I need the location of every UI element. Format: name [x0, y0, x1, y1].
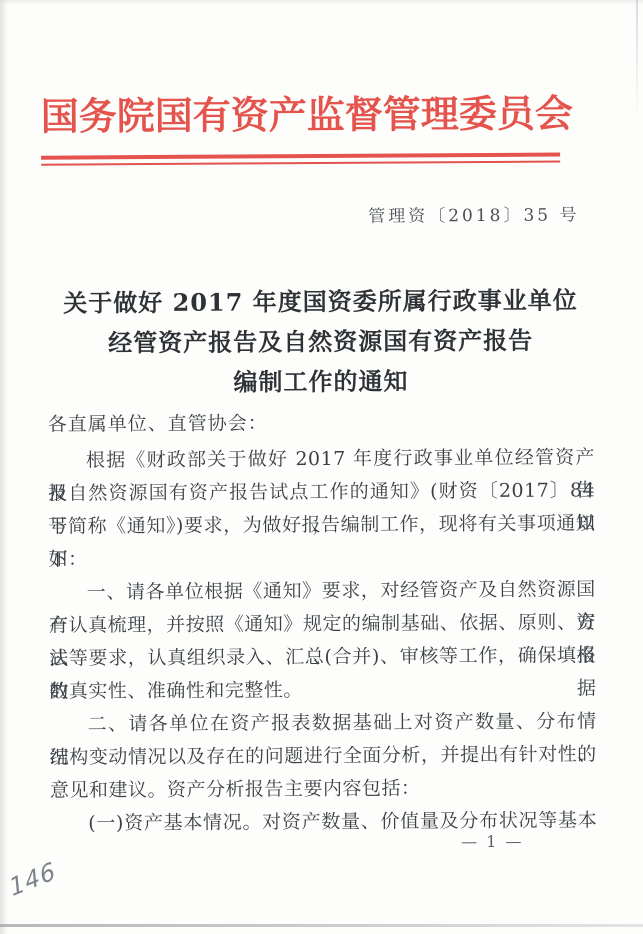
document-number: 管理资〔2018〕35 号 — [368, 200, 579, 226]
body-line: 式等要求，认真组织录入、汇总(合并)、审核等工作，确保填报数据 — [49, 639, 596, 675]
body-line: 根据《财政部关于做好 2017 年度行政事业单位经管资产报告 — [48, 441, 595, 477]
body-line: 二、请各单位在资产报表数据基础上对资产数量、分布情况、 — [49, 705, 596, 741]
body-line: 下： — [48, 540, 595, 576]
body-line: 及自然资源国有资产报告试点工作的通知》(财资〔2017〕84 号，以 — [48, 474, 595, 510]
title-line-1: 关于做好 2017 年度国资委所属行政事业单位 — [39, 280, 602, 323]
title-line-2: 经管资产报告及自然资源国有资产报告 — [39, 320, 602, 363]
body-line: 结构变动情况以及存在的问题进行全面分析，并提出有针对性的 — [50, 738, 597, 774]
scanned-document-page: 国务院国有资产监督管理委员会 管理资〔2018〕35 号 关于做好 2017 年… — [0, 0, 643, 934]
page-number: — 1 — — [450, 832, 534, 852]
body-line: 产认真梳理，并按照《通知》规定的编制基础、依据、原则、方法、格 — [49, 606, 596, 642]
letterhead-double-rule-thin — [41, 161, 560, 166]
body-line: 下简称《通知》)要求，为做好报告编制工作，现将有关事项通知如 — [48, 507, 595, 543]
salutation-line: 各直属单位、直管协会： — [48, 406, 595, 436]
title-line-3: 编制工作的通知 — [39, 360, 602, 403]
document-title: 关于做好 2017 年度国资委所属行政事业单位 经管资产报告及自然资源国有资产报… — [39, 280, 603, 403]
document-content: 国务院国有资产监督管理委员会 管理资〔2018〕35 号 关于做好 2017 年… — [0, 0, 643, 934]
body-line: 意见和建议。资产分析报告主要内容包括： — [50, 771, 597, 807]
letterhead-org-name: 国务院国有资产监督管理委员会 — [41, 87, 560, 143]
body-line: 一、请各单位根据《通知》要求，对经管资产及自然资源国有资 — [49, 573, 596, 609]
letterhead-double-rule-thick — [41, 153, 560, 160]
document-body: 根据《财政部关于做好 2017 年度行政事业单位经管资产报告 及自然资源国有资产… — [48, 441, 597, 840]
